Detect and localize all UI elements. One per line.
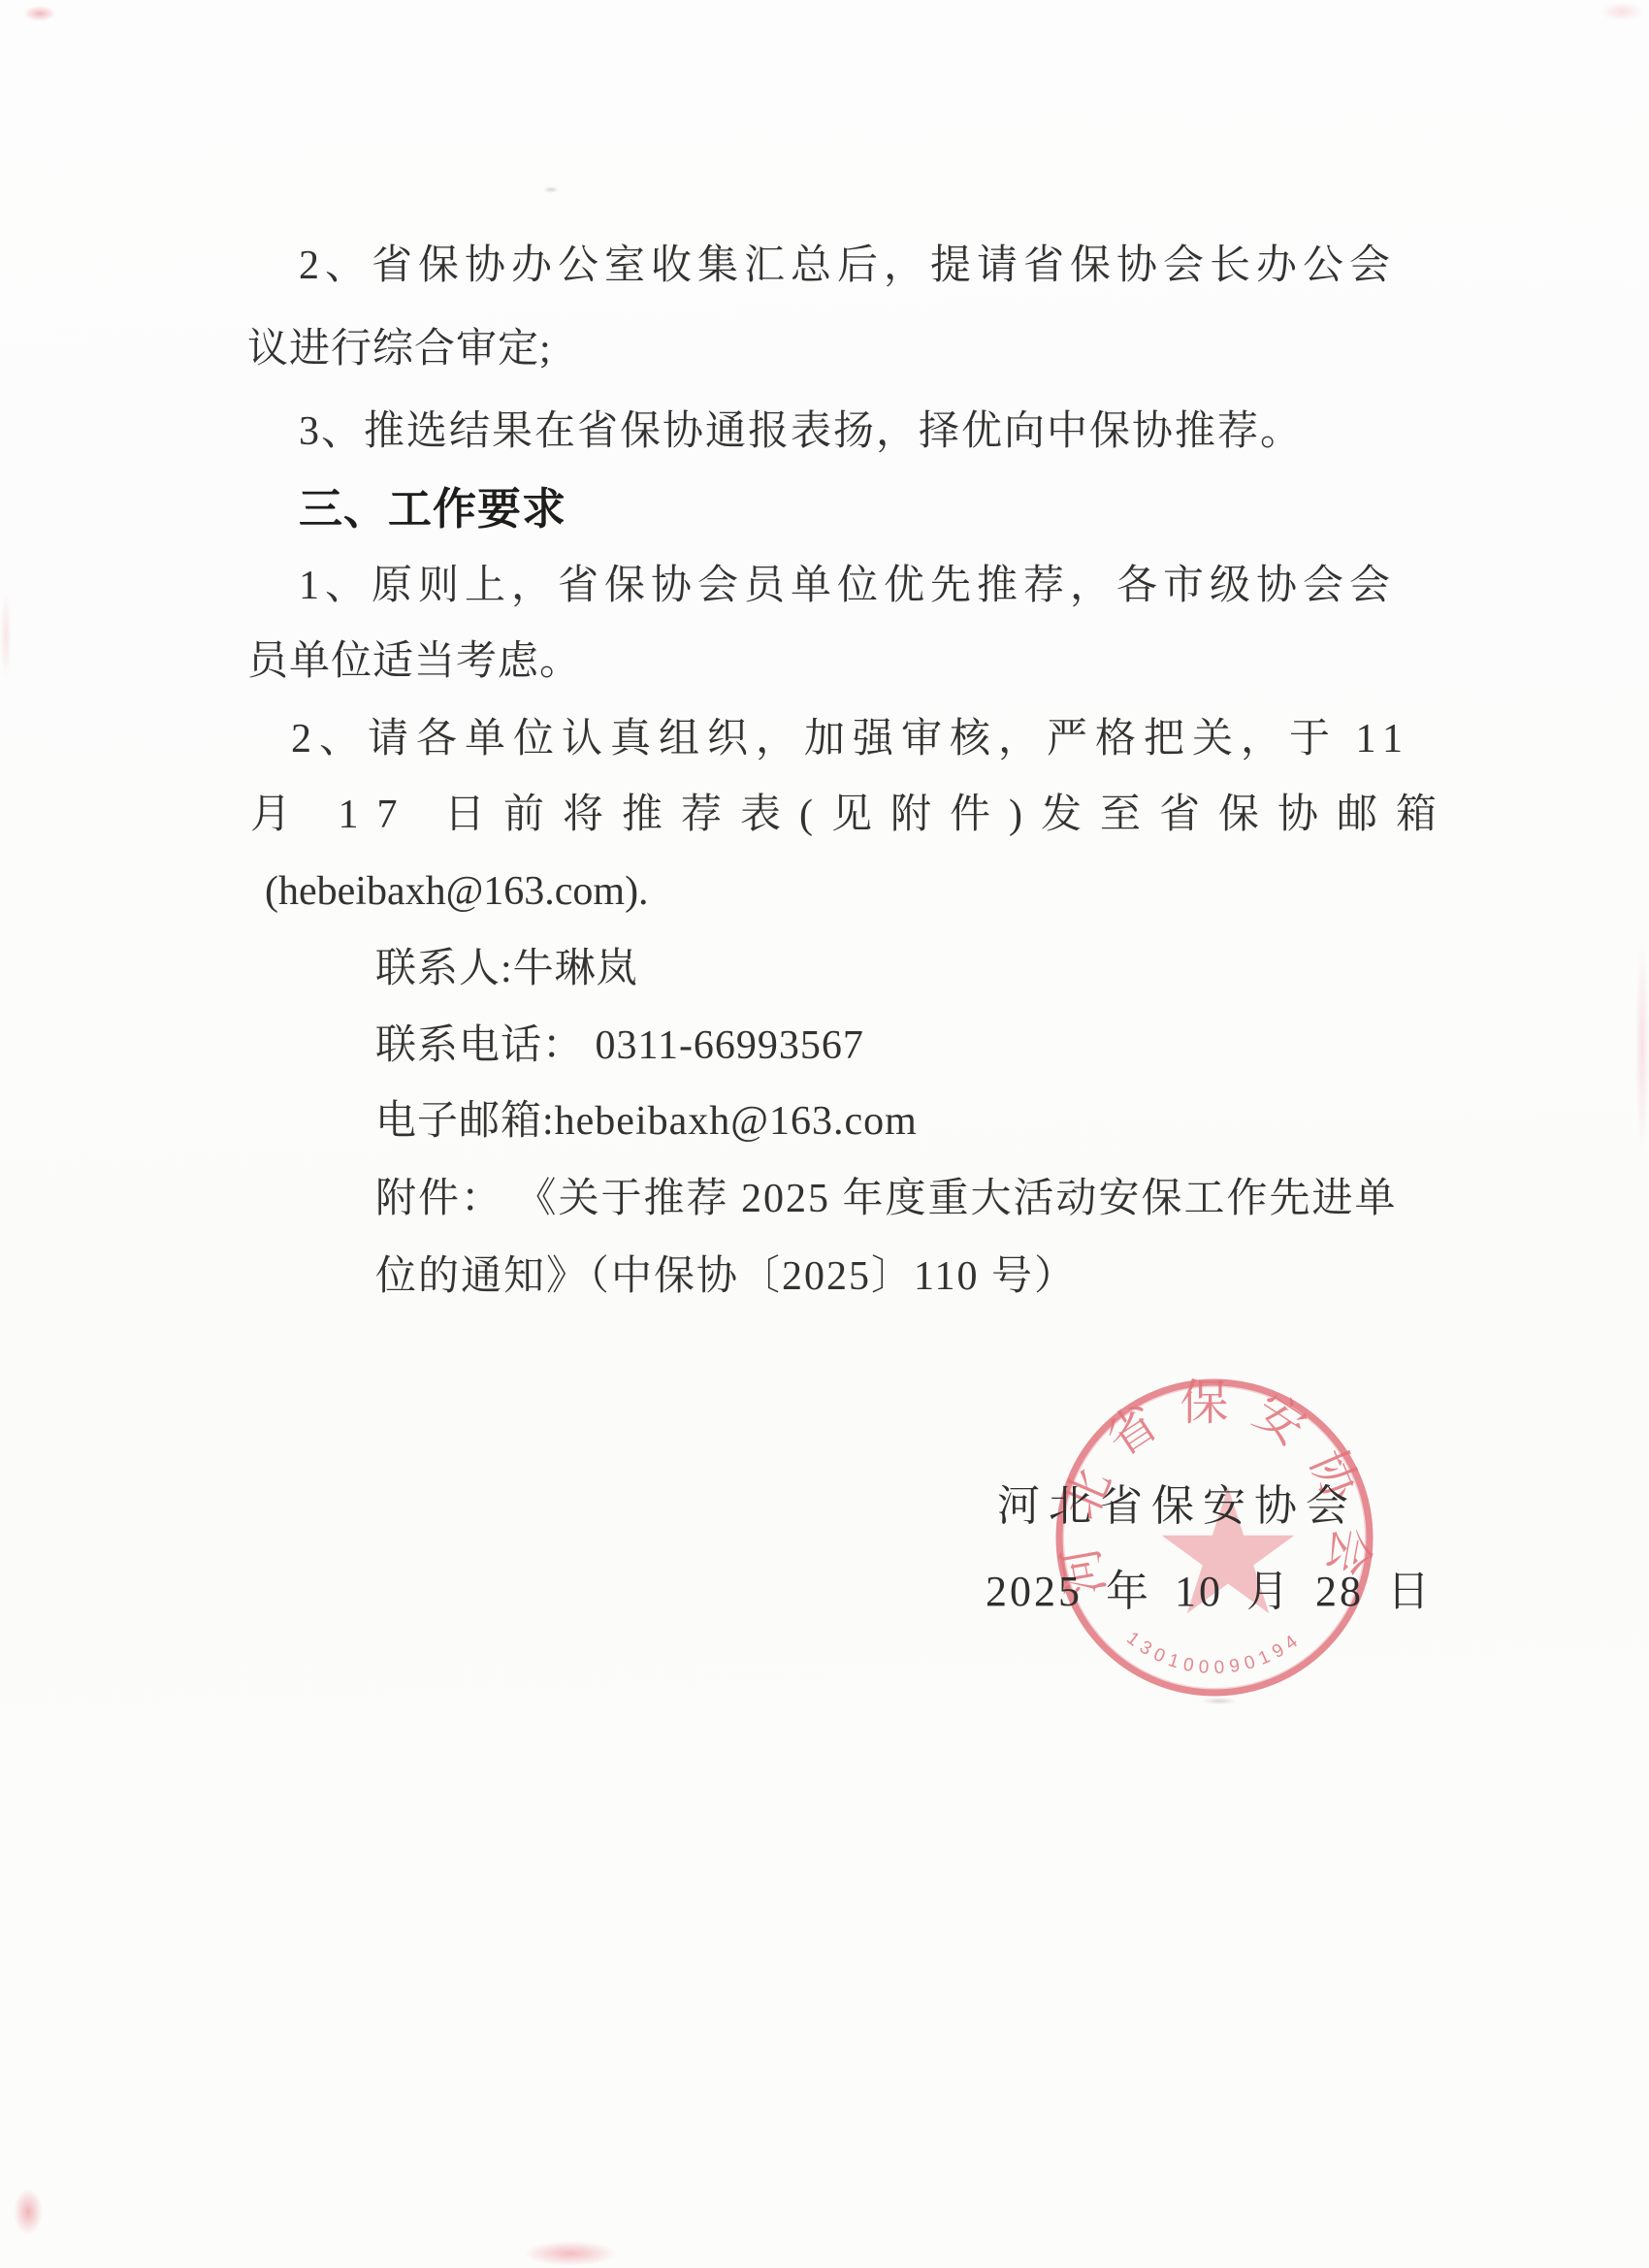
paragraph-2-line-1: 2、省保协办公室收集汇总后，提请省保协会长办公会	[299, 243, 1396, 289]
paragraph-2-line-2: 议进行综合审定;	[247, 326, 552, 373]
official-seal-stamp: 河北省保安协会 130100090194	[1011, 1334, 1418, 1741]
scan-artifact	[1635, 941, 1649, 1154]
signature-date: 2025 年 10 月 28 日	[986, 1568, 1433, 1617]
scan-artifact	[1600, 2, 1643, 21]
seal-serial-number: 130100090194	[1122, 1628, 1306, 1678]
signature-organization: 河北省保安协会	[997, 1482, 1357, 1532]
contact-email-line: 电子邮箱:hebeibaxh@163.com	[375, 1098, 918, 1145]
requirement-1-line-2: 员单位适当考虑。	[247, 638, 581, 685]
requirement-2-email-line: (hebeibaxh@163.com).	[265, 868, 649, 915]
seal-graphic: 河北省保安协会 130100090194	[1011, 1334, 1418, 1741]
scan-artifact	[543, 186, 559, 193]
attachment-line-1: 附件： 《关于推荐 2025 年度重大活动安保工作先进单	[375, 1176, 1398, 1222]
section-heading-work-requirements: 三、工作要求	[299, 484, 566, 535]
scan-artifact	[14, 2188, 43, 2235]
scan-artifact	[0, 592, 12, 679]
attachment-line-2: 位的通知》（中保协〔2025〕110 号）	[375, 1253, 1077, 1300]
requirement-2-line-1: 2、请各单位认真组织，加强审核，严格把关，于 11	[291, 716, 1410, 762]
scan-artifact	[23, 6, 56, 21]
contact-phone-line: 联系电话： 0311-66993567	[375, 1022, 864, 1069]
requirement-1-line-1: 1、原则上，省保协会员单位优先推荐，各市级协会会	[299, 563, 1396, 609]
requirement-2-line-2: 月 17 日前将推荐表(见附件)发至省保协邮箱	[250, 792, 1455, 838]
contact-person-line: 联系人:牛琳岚	[375, 946, 638, 992]
paragraph-3-line: 3、推选结果在省保协通报表扬，择优向中保协推荐。	[299, 408, 1303, 455]
scan-artifact	[524, 2241, 617, 2266]
scanned-notice-page: 2、省保协办公室收集汇总后，提请省保协会长办公会 议进行综合审定; 3、推选结果…	[0, 0, 1649, 2268]
